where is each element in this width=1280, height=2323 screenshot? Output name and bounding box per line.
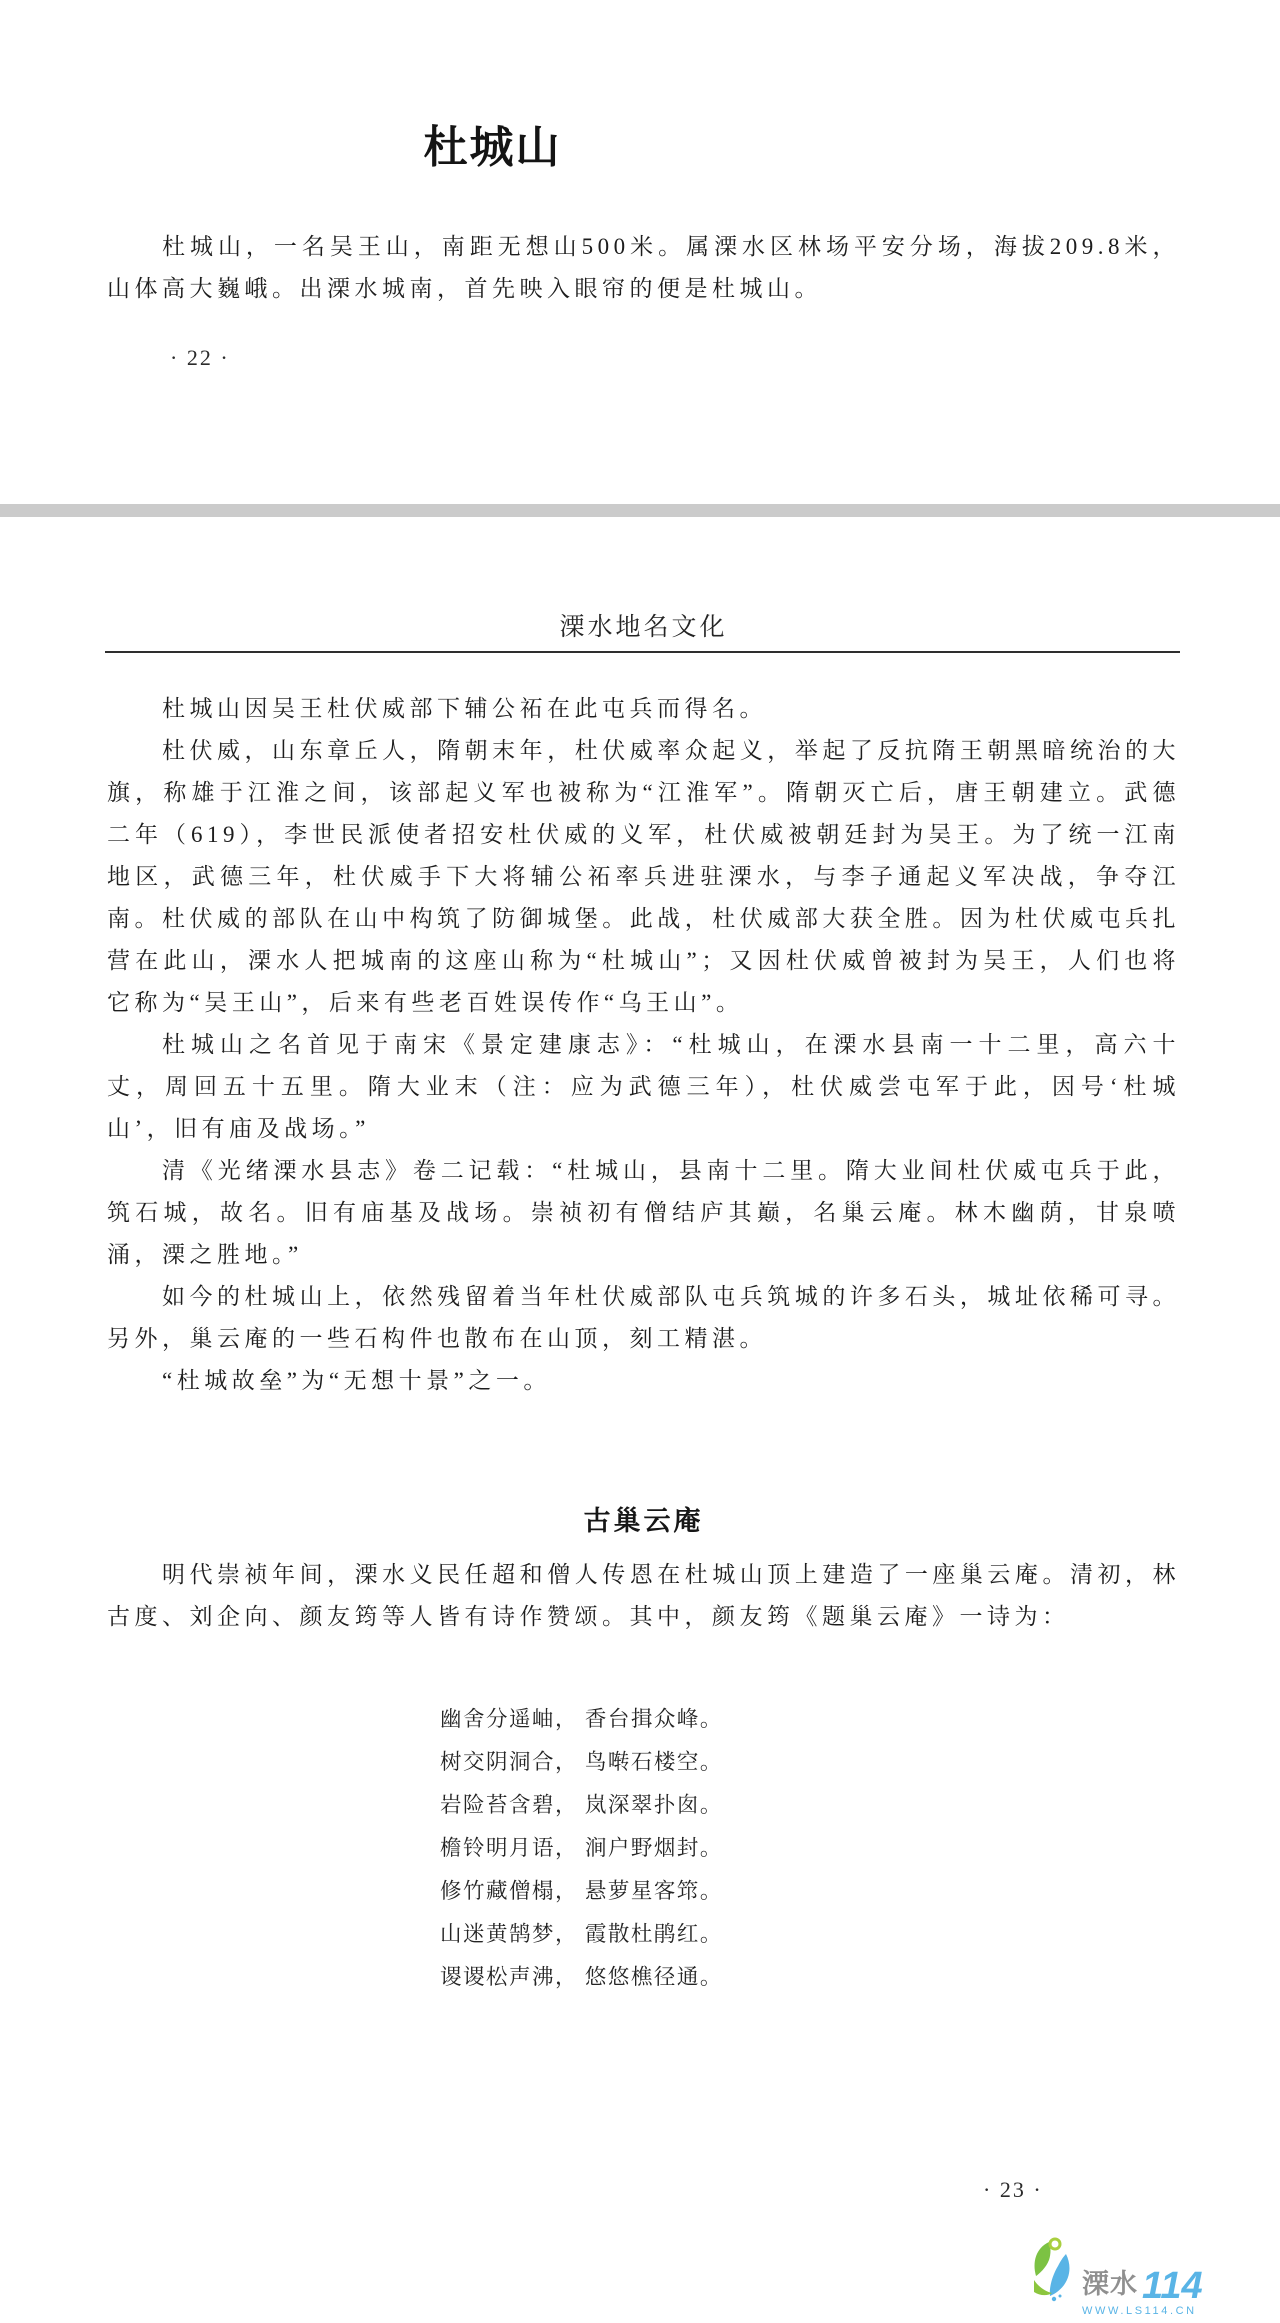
page-number-22: · 22 · bbox=[170, 345, 230, 371]
paragraph: 明代崇祯年间，溧水义民任超和僧人传恩在杜城山顶上建造了一座巢云庵。清初，林古度、… bbox=[107, 1554, 1180, 1638]
brand-url: WWW.LS114.CN bbox=[1024, 2305, 1203, 2317]
paragraph: 杜城山因吴王杜伏威部下辅公祏在此屯兵而得名。 bbox=[107, 688, 1180, 730]
running-header: 溧水地名文化 bbox=[107, 607, 1180, 643]
poem-line: 树交阴洞合， 鸟啭石楼空。 bbox=[440, 1741, 723, 1784]
poem-line: 岩险苔含碧， 岚深翠扑囱。 bbox=[440, 1784, 723, 1827]
page-number-23: · 23 · bbox=[983, 2177, 1043, 2203]
section-title: 古巢云庵 bbox=[107, 1499, 1180, 1538]
paragraph: 杜城山之名首见于南宋《景定建康志》：“杜城山，在溧水县南一十二里，高六十丈，周回… bbox=[107, 1024, 1180, 1150]
brand-name-cn: 溧水 bbox=[1082, 2271, 1138, 2302]
paragraph: “杜城故垒”为“无想十景”之一。 bbox=[107, 1360, 1180, 1402]
chapter-title: 杜城山 bbox=[0, 111, 985, 175]
poem-line: 山迷黄鹄梦， 霞散杜鹃红。 bbox=[440, 1913, 723, 1956]
scanned-book-pages: 杜城山 杜城山，一名吴王山，南距无想山500米。属溧水区林场平安分场，海拔209… bbox=[0, 0, 1280, 2323]
page-23-body: 杜城山因吴王杜伏威部下辅公祏在此屯兵而得名。 杜伏威，山东章丘人，隋朝末年，杜伏… bbox=[107, 688, 1180, 1402]
header-rule bbox=[105, 651, 1180, 653]
ls114-leaf-swirl-icon bbox=[1024, 2236, 1078, 2302]
paragraph: 杜城山，一名吴王山，南距无想山500米。属溧水区林场平安分场，海拔209.8米，… bbox=[107, 226, 1180, 310]
paragraph: 清《光绪溧水县志》卷二记载：“杜城山，县南十二里。隋大业间杜伏威屯兵于此，筑石城… bbox=[107, 1150, 1180, 1276]
ls114-watermark: 溧水 114 WWW.LS114.CN bbox=[1024, 2236, 1203, 2317]
paragraph: 如今的杜城山上，依然残留着当年杜伏威部队屯兵筑城的许多石头，城址依稀可寻。另外，… bbox=[107, 1276, 1180, 1360]
poem: 幽舍分遥岫， 香台揖众峰。 树交阴洞合， 鸟啭石楼空。 岩险苔含碧， 岚深翠扑囱… bbox=[440, 1698, 723, 1999]
poem-line: 修竹藏僧榻， 悬萝星客筇。 bbox=[440, 1870, 723, 1913]
page-22-body: 杜城山，一名吴王山，南距无想山500米。属溧水区林场平安分场，海拔209.8米，… bbox=[107, 226, 1180, 310]
poem-line: 幽舍分遥岫， 香台揖众峰。 bbox=[440, 1698, 723, 1741]
page-divider-bar bbox=[0, 504, 1280, 517]
poem-line: 谡谡松声沸， 悠悠樵径通。 bbox=[440, 1956, 723, 1999]
paragraph: 杜伏威，山东章丘人，隋朝末年，杜伏威率众起义，举起了反抗隋王朝黑暗统治的大旗，称… bbox=[107, 730, 1180, 1024]
brand-name-number: 114 bbox=[1142, 2270, 1203, 2302]
poem-line: 檐铃明月语， 涧户野烟封。 bbox=[440, 1827, 723, 1870]
section-intro: 明代崇祯年间，溧水义民任超和僧人传恩在杜城山顶上建造了一座巢云庵。清初，林古度、… bbox=[107, 1554, 1180, 1638]
